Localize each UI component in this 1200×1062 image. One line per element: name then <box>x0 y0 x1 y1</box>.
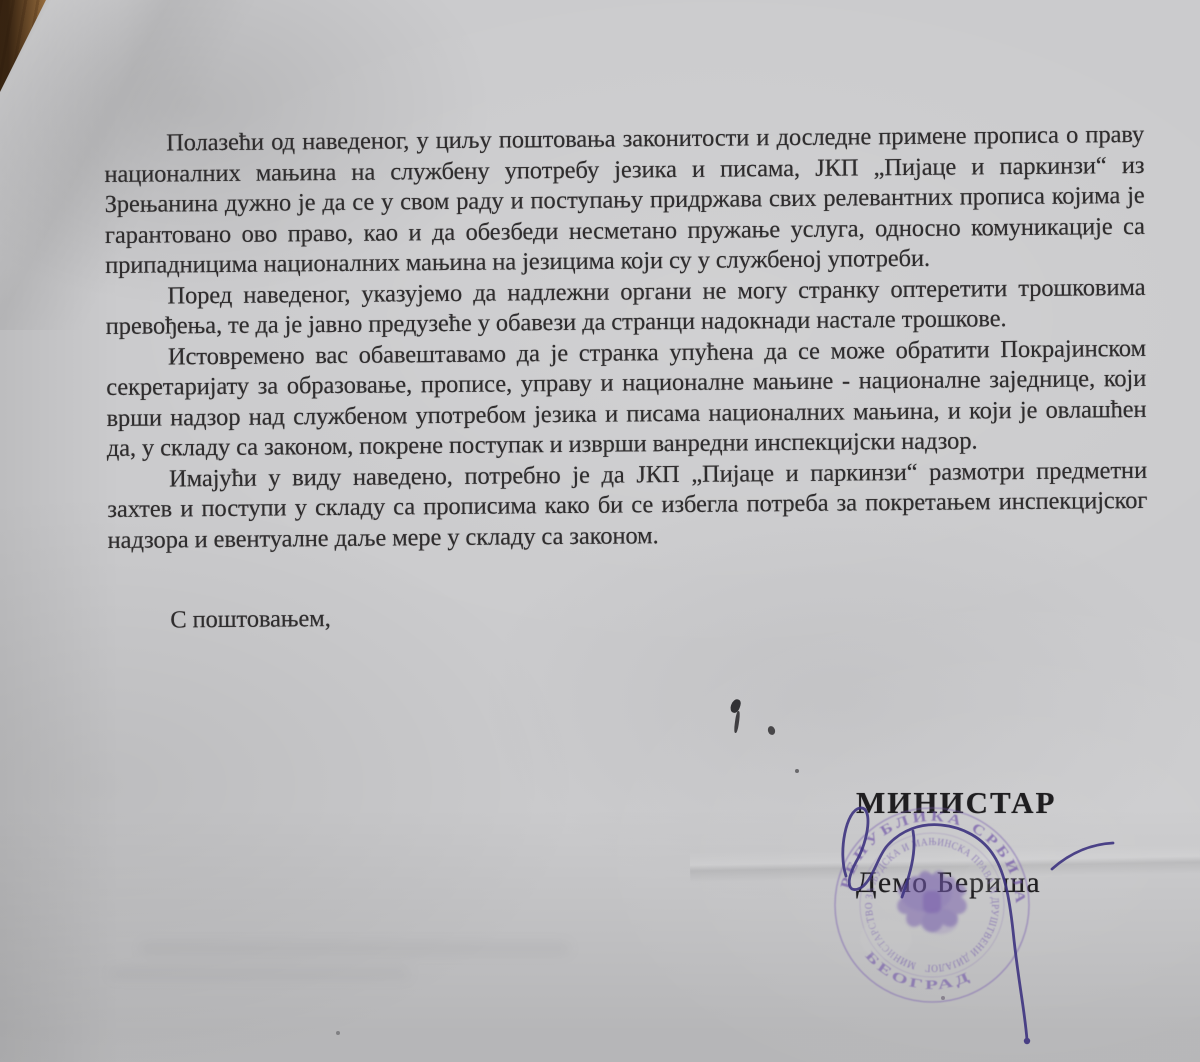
ink-showthrough <box>110 935 710 1005</box>
paragraph-3: Истовремено вас обавештавамо да је стран… <box>106 333 1147 464</box>
ink-smudge <box>729 698 742 714</box>
paragraph-1: Полазећи од наведеног, у циљу поштовања … <box>104 120 1145 282</box>
ink-speck <box>767 725 777 736</box>
ink-speck <box>795 769 799 773</box>
signature-stroke-dash <box>1052 843 1113 869</box>
signature-ink-blob <box>1024 1038 1030 1044</box>
stamp-fade <box>860 919 912 959</box>
signature-block: МИНИСТАР Демо Бериша <box>856 785 1056 900</box>
svg-text:БЕОГРАД: БЕОГРАД <box>862 948 974 992</box>
closing-salutation: С поштовањем, <box>108 597 1148 637</box>
paragraph-2: Поред наведеног, указујемо да надлежни о… <box>105 272 1145 342</box>
paragraph-4: Имајући у виду наведено, потребно је да … <box>107 455 1148 556</box>
ink-smudge <box>733 711 740 733</box>
photo-of-letter: { "letter": { "paragraphs": [ "Полазећи … <box>0 0 1200 1062</box>
letter-body: Полазећи од наведеног, у циљу поштовања … <box>104 120 1148 637</box>
minister-name: Демо Бериша <box>856 866 1056 900</box>
ink-speck <box>336 1031 340 1035</box>
minister-title: МИНИСТАР <box>856 785 1056 821</box>
ink-speck <box>941 996 945 1000</box>
paper-sheet: Полазећи од наведеног, у циљу поштовања … <box>0 0 1200 1062</box>
stamp-bottom-text: БЕОГРАД <box>862 948 974 992</box>
